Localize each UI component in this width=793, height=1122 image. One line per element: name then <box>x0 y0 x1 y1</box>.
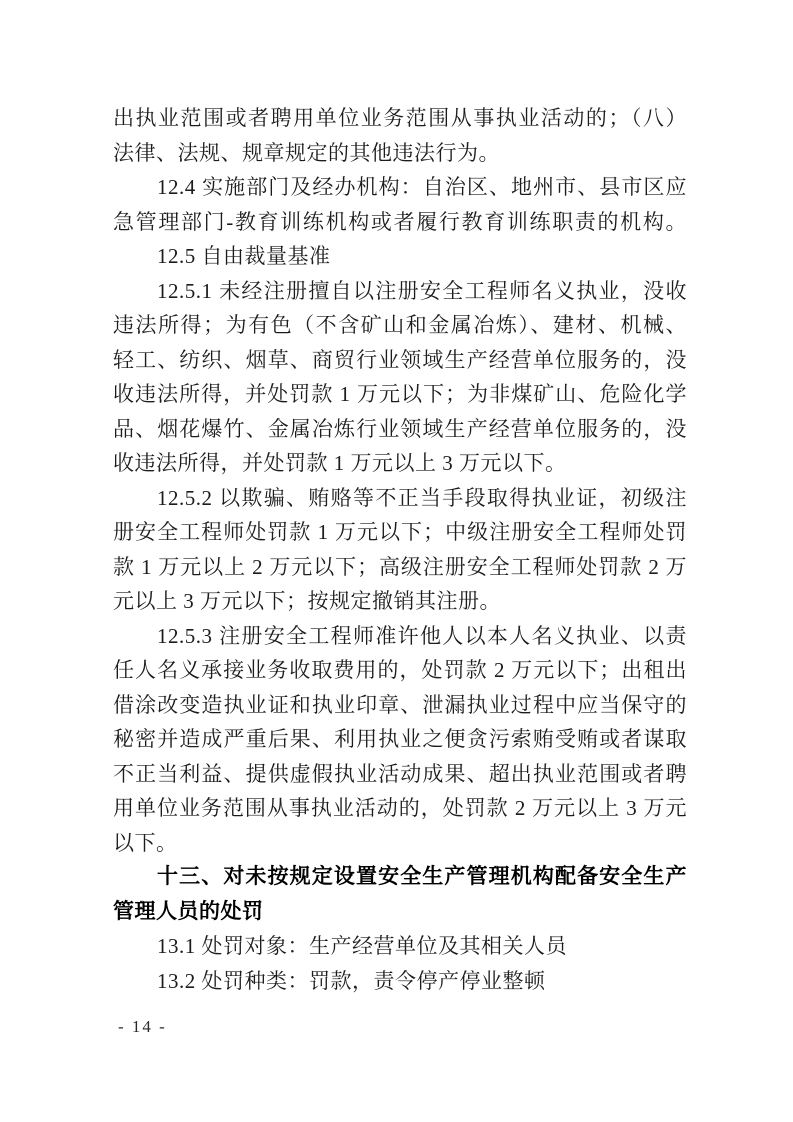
text-line: 元以上 3 万元以下；按规定撤销其注册。 <box>113 584 687 619</box>
text-line: 13.2 处罚种类：罚款，责令停产停业整顿 <box>113 964 687 999</box>
text-line: 12.5.1 未经注册擅自以注册安全工程师名义执业，没收 <box>113 274 687 309</box>
text-line: 急管理部门-教育训练机构或者履行教育训练职责的机构。 <box>113 205 687 240</box>
document-page: 出执业范围或者聘用单位业务范围从事执业活动的；（八）法律、法规、规章规定的其他违… <box>0 0 793 1122</box>
text-line: 违法所得；为有色（不含矿山和金属冶炼）、建材、机械、 <box>113 308 687 343</box>
text-line: 用单位业务范围从事执业活动的，处罚款 2 万元以上 3 万元 <box>113 791 687 826</box>
text-line: 收违法所得，并处罚款 1 万元以上 3 万元以下。 <box>113 446 687 481</box>
heading-line: 管理人员的处罚 <box>113 895 687 930</box>
text-line: 秘密并造成严重后果、利用执业之便贪污索贿受贿或者谋取 <box>113 722 687 757</box>
text-line: 轻工、纺织、烟草、商贸行业领域生产经营单位服务的，没 <box>113 343 687 378</box>
text-line: 12.4 实施部门及经办机构：自治区、地州市、县市区应 <box>113 170 687 205</box>
text-line: 任人名义承接业务收取费用的，处罚款 2 万元以下；出租出 <box>113 653 687 688</box>
text-line: 不正当利益、提供虚假执业活动成果、超出执业范围或者聘 <box>113 757 687 792</box>
text-line: 以下。 <box>113 826 687 861</box>
text-line: 12.5.3 注册安全工程师准许他人以本人名义执业、以责 <box>113 619 687 654</box>
text-line: 收违法所得，并处罚款 1 万元以下；为非煤矿山、危险化学 <box>113 377 687 412</box>
text-line: 出执业范围或者聘用单位业务范围从事执业活动的；（八） <box>113 101 687 136</box>
heading-line: 十三、对未按规定设置安全生产管理机构配备安全生产 <box>113 860 687 895</box>
text-line: 13.1 处罚对象：生产经营单位及其相关人员 <box>113 929 687 964</box>
text-line: 款 1 万元以上 2 万元以下；高级注册安全工程师处罚款 2 万 <box>113 550 687 585</box>
text-line: 册安全工程师处罚款 1 万元以下；中级注册安全工程师处罚 <box>113 515 687 550</box>
text-line: 法律、法规、规章规定的其他违法行为。 <box>113 136 687 171</box>
text-line: 借涂改变造执业证和执业印章、泄漏执业过程中应当保守的 <box>113 688 687 723</box>
page-number: - 14 - <box>118 1016 167 1038</box>
text-line: 12.5 自由裁量基准 <box>113 239 687 274</box>
text-line: 品、烟花爆竹、金属冶炼行业领域生产经营单位服务的，没 <box>113 412 687 447</box>
document-body: 出执业范围或者聘用单位业务范围从事执业活动的；（八）法律、法规、规章规定的其他违… <box>113 101 687 998</box>
text-line: 12.5.2 以欺骗、贿赂等不正当手段取得执业证，初级注 <box>113 481 687 516</box>
